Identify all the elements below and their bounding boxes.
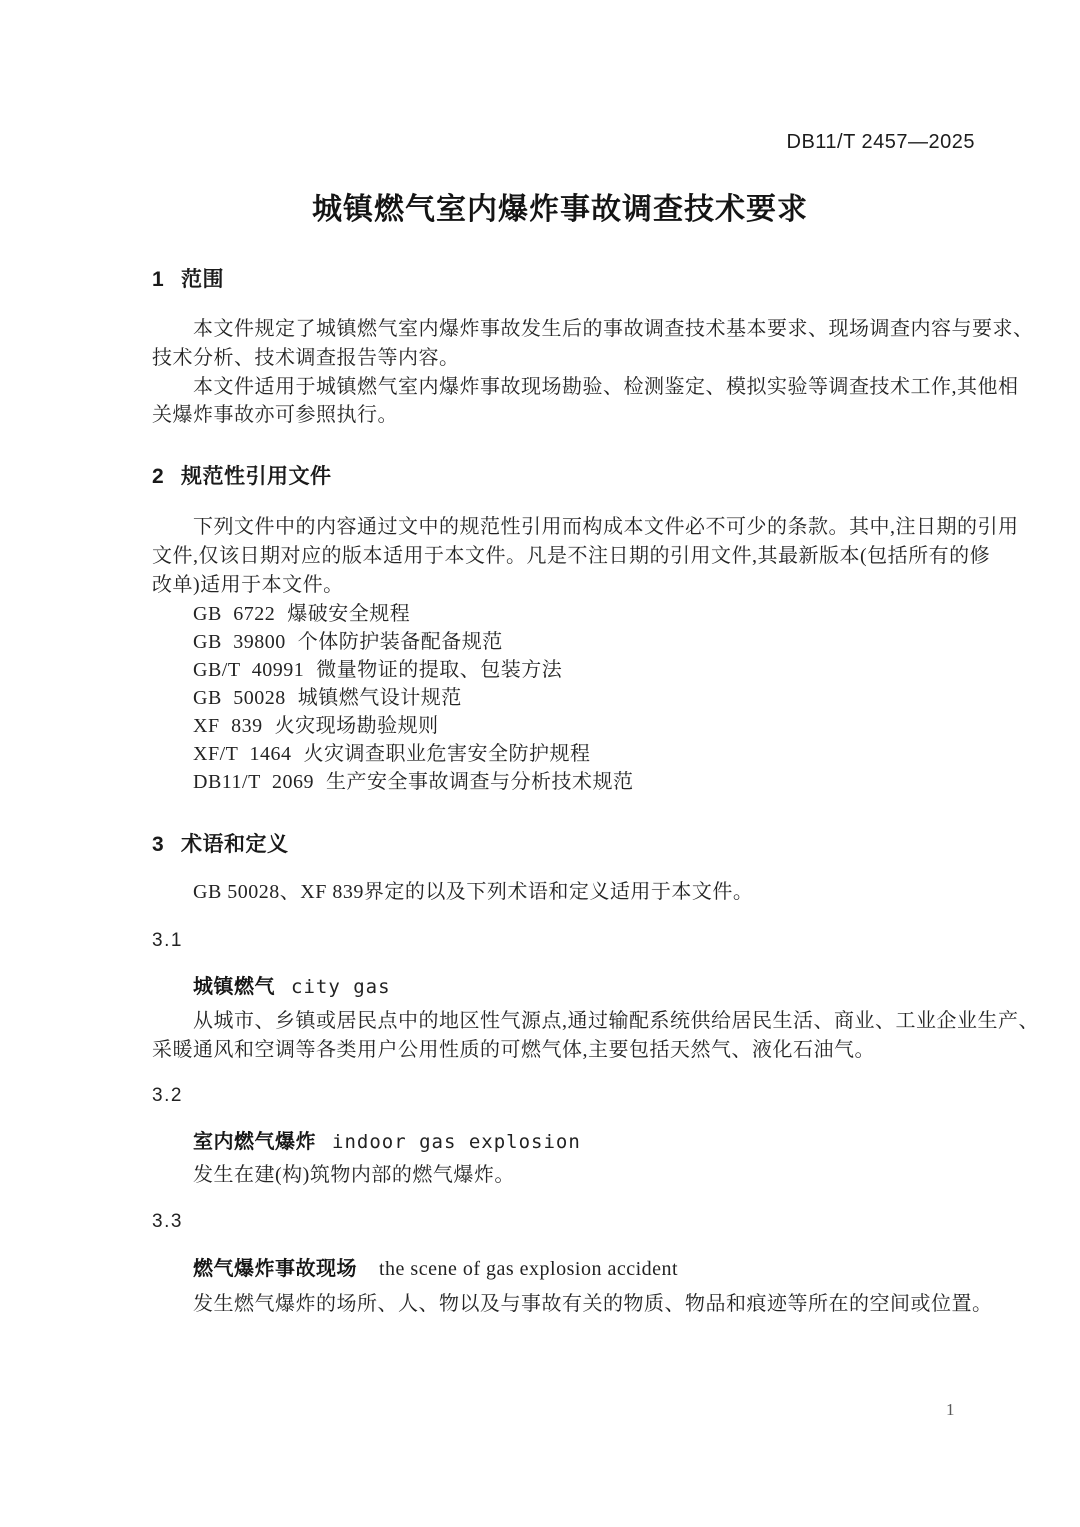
term-3-1-en: city gas bbox=[291, 976, 391, 998]
term-3-3: 燃气爆炸事故现场the scene of gas explosion accid… bbox=[193, 1258, 678, 1280]
section-2-paragraph-line-2: 文件,仅该日期对应的版本适用于本文件。凡是不注日期的引用文件,其最新版本(包括所… bbox=[152, 545, 990, 567]
term-number-3-3: 3.3 bbox=[152, 1211, 183, 1233]
page-number: 1 bbox=[946, 1400, 955, 1420]
section-2-heading: 2规范性引用文件 bbox=[152, 460, 332, 490]
reference-item: XF/T 1464火灾调查职业危害安全防护规程 bbox=[193, 743, 590, 765]
term-number-3-2: 3.2 bbox=[152, 1085, 183, 1107]
section-1-paragraph-line-1: 本文件规定了城镇燃气室内爆炸事故发生后的事故调查技术基本要求、现场调查内容与要求… bbox=[193, 318, 1034, 340]
section-3-intro: GB 50028、XF 839界定的以及下列术语和定义适用于本文件。 bbox=[193, 881, 753, 903]
reference-item: GB 39800个体防护装备配备规范 bbox=[193, 631, 503, 653]
reference-item: GB 6722爆破安全规程 bbox=[193, 603, 410, 625]
reference-code: GB 39800 bbox=[193, 631, 286, 653]
reference-code: DB11/T 2069 bbox=[193, 771, 314, 793]
reference-name: 个体防护装备配备规范 bbox=[298, 631, 503, 653]
section-1-heading-text: 范围 bbox=[181, 268, 224, 291]
reference-item: GB 50028城镇燃气设计规范 bbox=[193, 687, 462, 709]
reference-code: XF/T 1464 bbox=[193, 743, 291, 765]
document-page: DB11/T 2457—2025 城镇燃气室内爆炸事故调查技术要求 1范围 本文… bbox=[0, 0, 1080, 1527]
section-1-number: 1 bbox=[152, 268, 181, 292]
term-number-3-1: 3.1 bbox=[152, 930, 183, 952]
reference-name: 生产安全事故调查与分析技术规范 bbox=[326, 771, 634, 793]
reference-name: 爆破安全规程 bbox=[287, 603, 410, 625]
standard-number: DB11/T 2457—2025 bbox=[787, 131, 976, 154]
reference-name: 火灾现场勘验规则 bbox=[275, 715, 439, 737]
term-3-2-en: indoor gas explosion bbox=[332, 1131, 581, 1153]
section-3-heading: 3术语和定义 bbox=[152, 828, 289, 858]
section-2-number: 2 bbox=[152, 465, 181, 489]
section-1-heading: 1范围 bbox=[152, 263, 224, 293]
section-1-paragraph-line-2: 技术分析、技术调查报告等内容。 bbox=[152, 347, 460, 369]
reference-code: XF 839 bbox=[193, 715, 263, 737]
reference-item: XF 839火灾现场勘验规则 bbox=[193, 715, 439, 737]
term-3-1-definition-line-1: 从城市、乡镇或居民点中的地区性气源点,通过输配系统供给居民生活、商业、工业企业生… bbox=[193, 1010, 1039, 1032]
section-3-number: 3 bbox=[152, 833, 181, 857]
term-3-3-zh: 燃气爆炸事故现场 bbox=[193, 1258, 357, 1280]
reference-name: 微量物证的提取、包装方法 bbox=[316, 659, 562, 681]
reference-item: GB/T 40991微量物证的提取、包装方法 bbox=[193, 659, 562, 681]
term-3-1-definition-line-2: 采暖通风和空调等各类用户公用性质的可燃气体,主要包括天然气、液化石油气。 bbox=[152, 1039, 875, 1061]
section-2-paragraph-line-1: 下列文件中的内容通过文中的规范性引用而构成本文件必不可少的条款。其中,注日期的引… bbox=[193, 516, 1019, 538]
reference-code: GB/T 40991 bbox=[193, 659, 304, 681]
reference-name: 城镇燃气设计规范 bbox=[298, 687, 462, 709]
section-1-paragraph-line-4: 关爆炸事故亦可参照执行。 bbox=[152, 404, 398, 426]
section-2-paragraph-line-3: 改单)适用于本文件。 bbox=[152, 574, 344, 596]
section-2-heading-text: 规范性引用文件 bbox=[181, 465, 332, 488]
reference-code: GB 6722 bbox=[193, 603, 275, 625]
term-3-3-en: the scene of gas explosion accident bbox=[379, 1258, 678, 1280]
term-3-2-definition-line-1: 发生在建(构)筑物内部的燃气爆炸。 bbox=[193, 1164, 515, 1186]
term-3-3-definition-line-1: 发生燃气爆炸的场所、人、物以及与事故有关的物质、物品和痕迹等所在的空间或位置。 bbox=[193, 1293, 993, 1315]
section-1-paragraph-line-3: 本文件适用于城镇燃气室内爆炸事故现场勘验、检测鉴定、模拟实验等调查技术工作,其他… bbox=[193, 376, 1019, 398]
reference-code: GB 50028 bbox=[193, 687, 286, 709]
term-3-2-zh: 室内燃气爆炸 bbox=[193, 1131, 316, 1153]
reference-item: DB11/T 2069生产安全事故调查与分析技术规范 bbox=[193, 771, 633, 793]
reference-name: 火灾调查职业危害安全防护规程 bbox=[303, 743, 590, 765]
section-3-heading-text: 术语和定义 bbox=[181, 833, 289, 856]
term-3-1: 城镇燃气city gas bbox=[193, 976, 391, 998]
term-3-2: 室内燃气爆炸indoor gas explosion bbox=[193, 1131, 581, 1153]
document-title: 城镇燃气室内爆炸事故调查技术要求 bbox=[152, 184, 968, 228]
term-3-1-zh: 城镇燃气 bbox=[193, 976, 275, 998]
